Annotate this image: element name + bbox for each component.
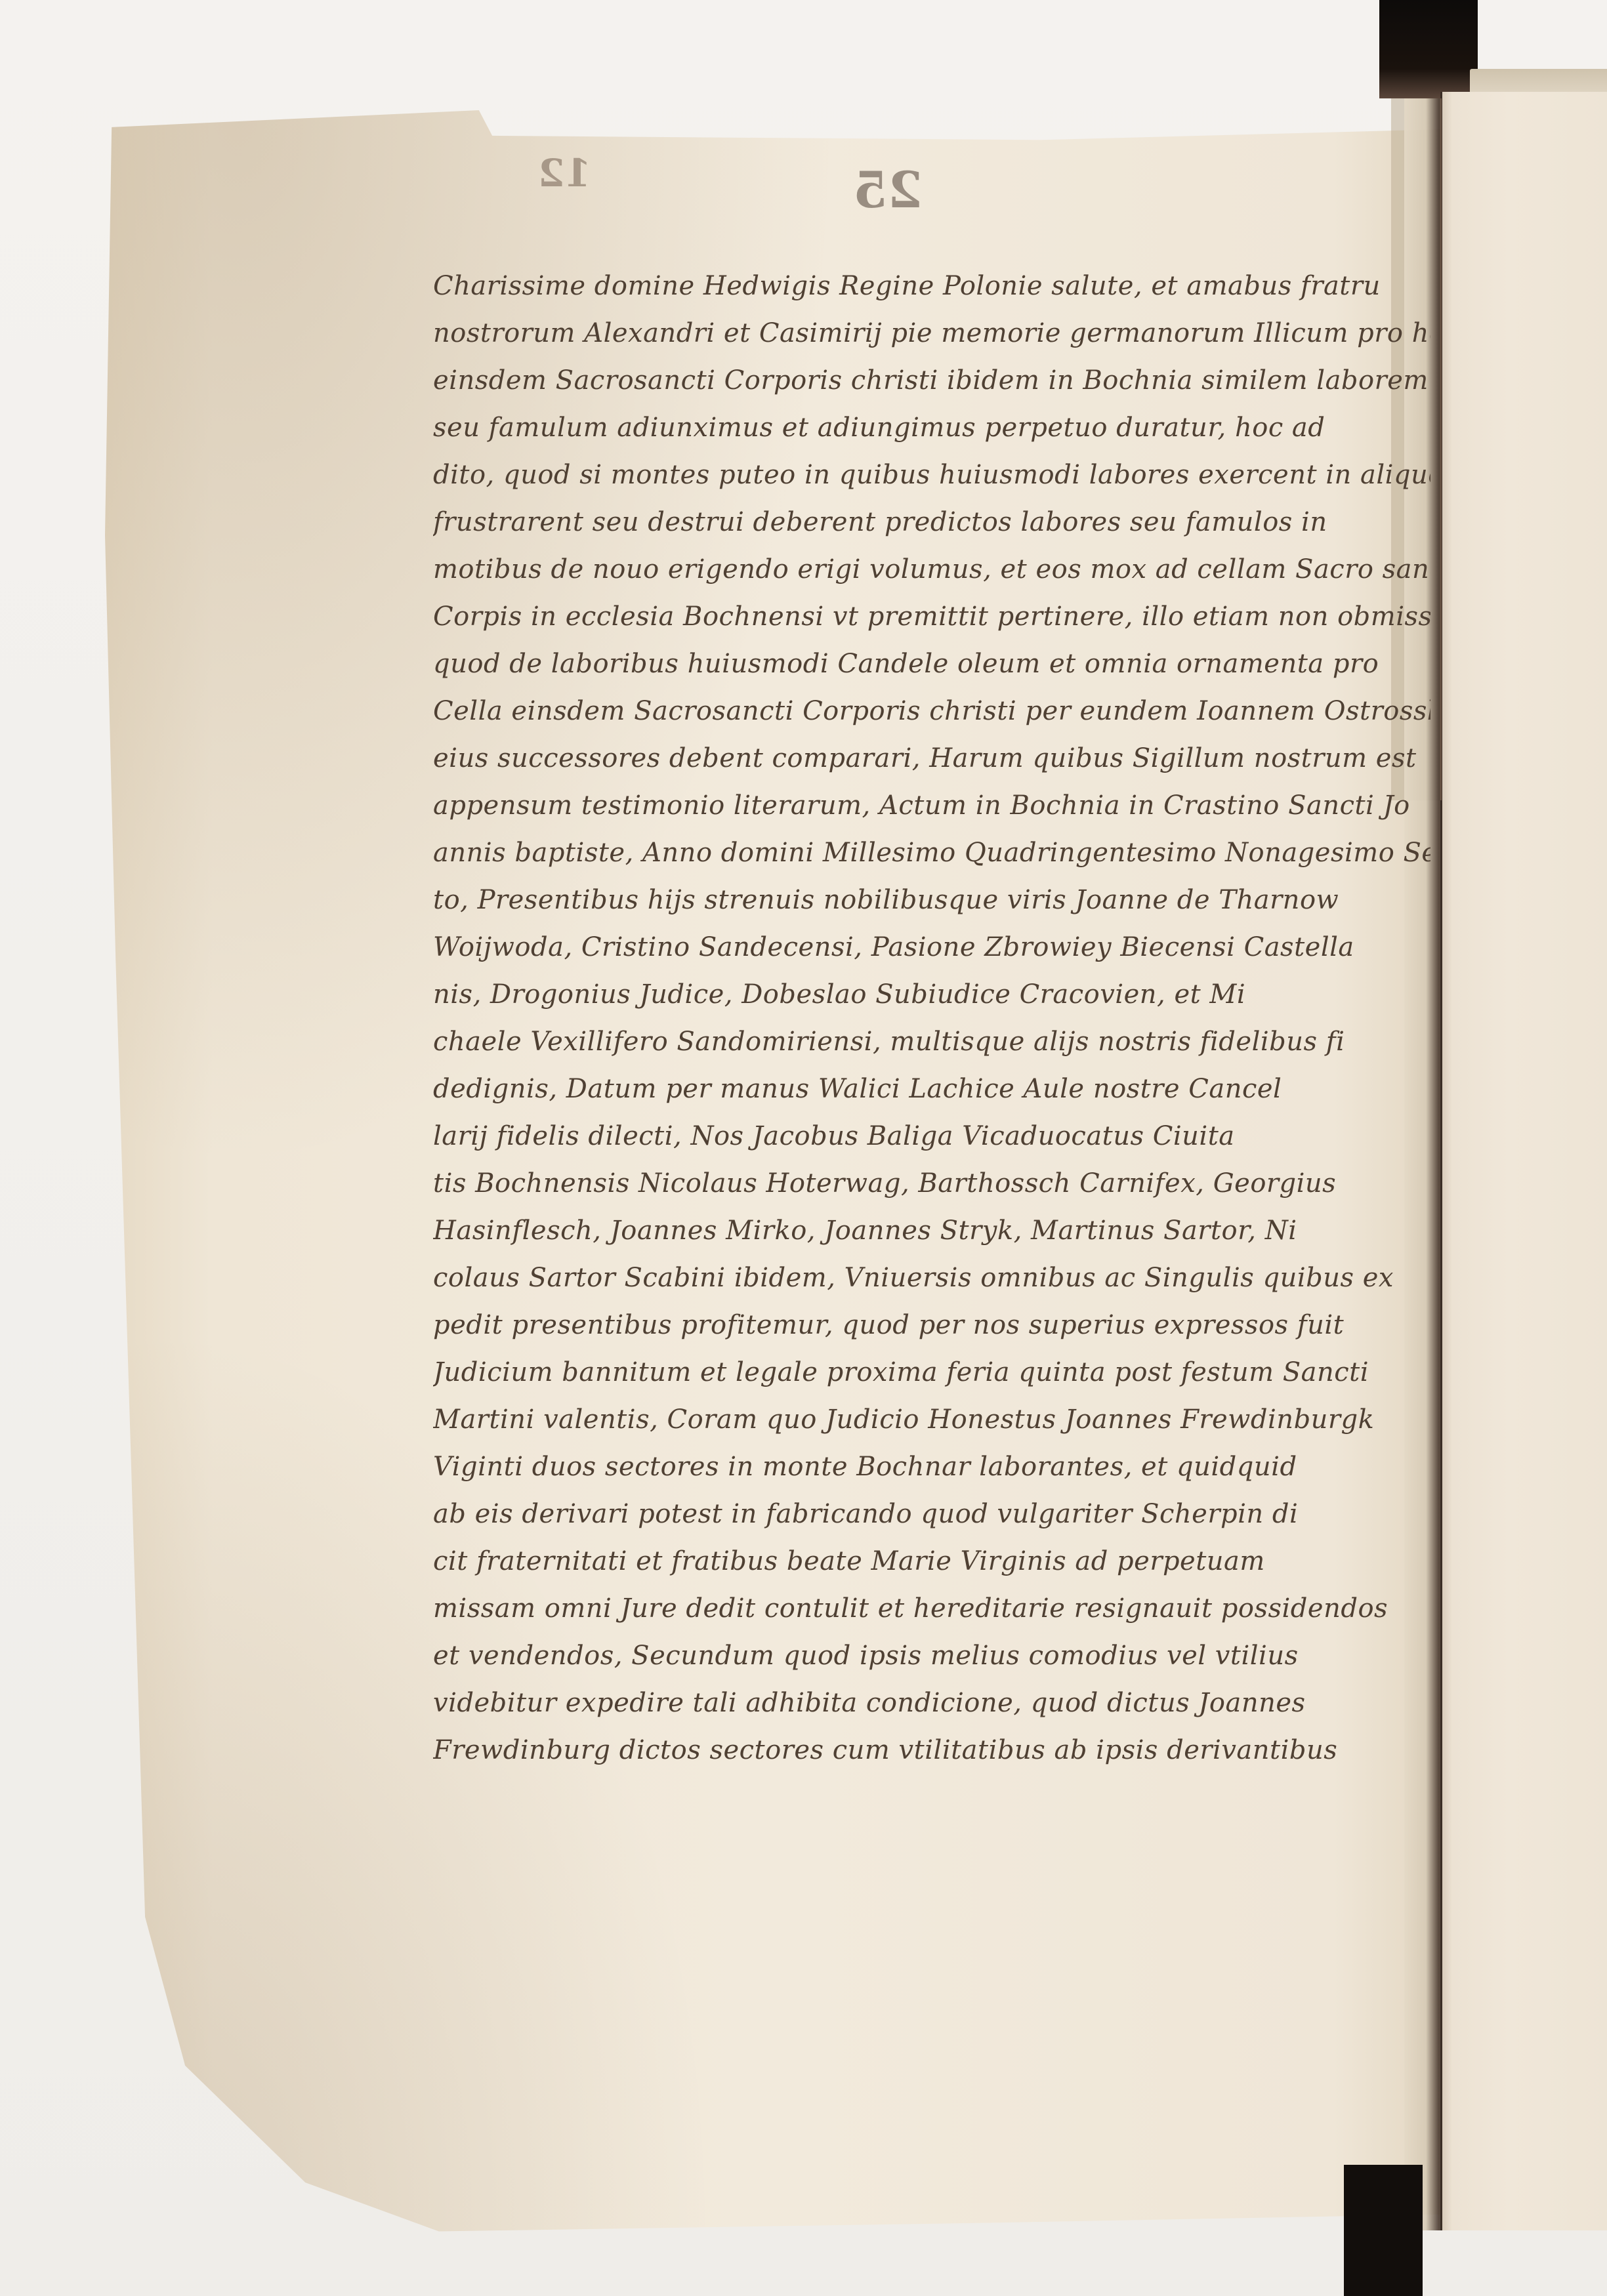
- manuscript-line: Charissime domine Hedwigis Regine Poloni…: [433, 262, 1430, 310]
- manuscript-line: dedignis, Datum per manus Walici Lachice…: [433, 1065, 1430, 1113]
- binding-strap-bottom: [1344, 2165, 1423, 2296]
- manuscript-line: missam omni Jure dedit contulit et hered…: [433, 1585, 1430, 1632]
- manuscript-line: et vendendos, Secundum quod ipsis melius…: [433, 1632, 1430, 1679]
- manuscript-line: frustrarent seu destrui deberent predict…: [433, 499, 1430, 546]
- manuscript-line: pedit presentibus profitemur, quod per n…: [433, 1302, 1430, 1349]
- folio-mark-bleedthrough: 12: [538, 151, 591, 195]
- manuscript-line: videbitur expedire tali adhibita condici…: [433, 1679, 1430, 1727]
- manuscript-line: dito, quod si montes puteo in quibus hui…: [433, 451, 1430, 499]
- manuscript-line: appensum testimonio literarum, Actum in …: [433, 782, 1430, 829]
- manuscript-line: nis, Drogonius Judice, Dobeslao Subiudic…: [433, 971, 1430, 1018]
- manuscript-line: Corpis in ecclesia Bochnensi vt premitti…: [433, 593, 1430, 640]
- manuscript-line: eius successores debent comparari, Harum…: [433, 735, 1430, 782]
- manuscript-line: seu famulum adiunximus et adiungimus per…: [433, 404, 1430, 451]
- manuscript-line: ab eis derivari potest in fabricando quo…: [433, 1490, 1430, 1538]
- manuscript-line: chaele Vexillifero Sandomiriensi, multis…: [433, 1018, 1430, 1065]
- manuscript-line: colaus Sartor Scabini ibidem, Vniuersis …: [433, 1254, 1430, 1302]
- manuscript-line: nostrorum Alexandri et Casimirij pie mem…: [433, 310, 1430, 357]
- manuscript-text-block: Charissime domine Hedwigis Regine Poloni…: [433, 262, 1430, 1774]
- manuscript-line: Woijwoda, Cristino Sandecensi, Pasione Z…: [433, 924, 1430, 971]
- manuscript-line: annis baptiste, Anno domini Millesimo Qu…: [433, 829, 1430, 876]
- manuscript-line: to, Presentibus hijs strenuis nobilibusq…: [433, 876, 1430, 924]
- manuscript-line: cit fraternitati et fratibus beate Marie…: [433, 1538, 1430, 1585]
- manuscript-line: Viginti duos sectores in monte Bochnar l…: [433, 1443, 1430, 1490]
- manuscript-line: einsdem Sacrosancti Corporis christi ibi…: [433, 357, 1430, 404]
- manuscript-line: Martini valentis, Coram quo Judicio Hone…: [433, 1396, 1430, 1443]
- manuscript-line: Frewdinburg dictos sectores cum vtilitat…: [433, 1727, 1430, 1774]
- manuscript-line: tis Bochnensis Nicolaus Hoterwag, Bartho…: [433, 1160, 1430, 1207]
- manuscript-line: larij fidelis dilecti, Nos Jacobus Balig…: [433, 1113, 1430, 1160]
- manuscript-line: Hasinflesch, Joannes Mirko, Joannes Stry…: [433, 1207, 1430, 1254]
- binding-strap-top: [1379, 0, 1478, 98]
- manuscript-line: quod de laboribus huiusmodi Candele oleu…: [433, 640, 1430, 687]
- folio-number-bleedthrough: 25: [853, 161, 923, 219]
- adjacent-page: [1440, 92, 1607, 2230]
- manuscript-line: Cella einsdem Sacrosancti Corporis chris…: [433, 687, 1430, 735]
- manuscript-line: motibus de nouo erigendo erigi volumus, …: [433, 546, 1430, 593]
- manuscript-line: Judicium bannitum et legale proxima feri…: [433, 1349, 1430, 1396]
